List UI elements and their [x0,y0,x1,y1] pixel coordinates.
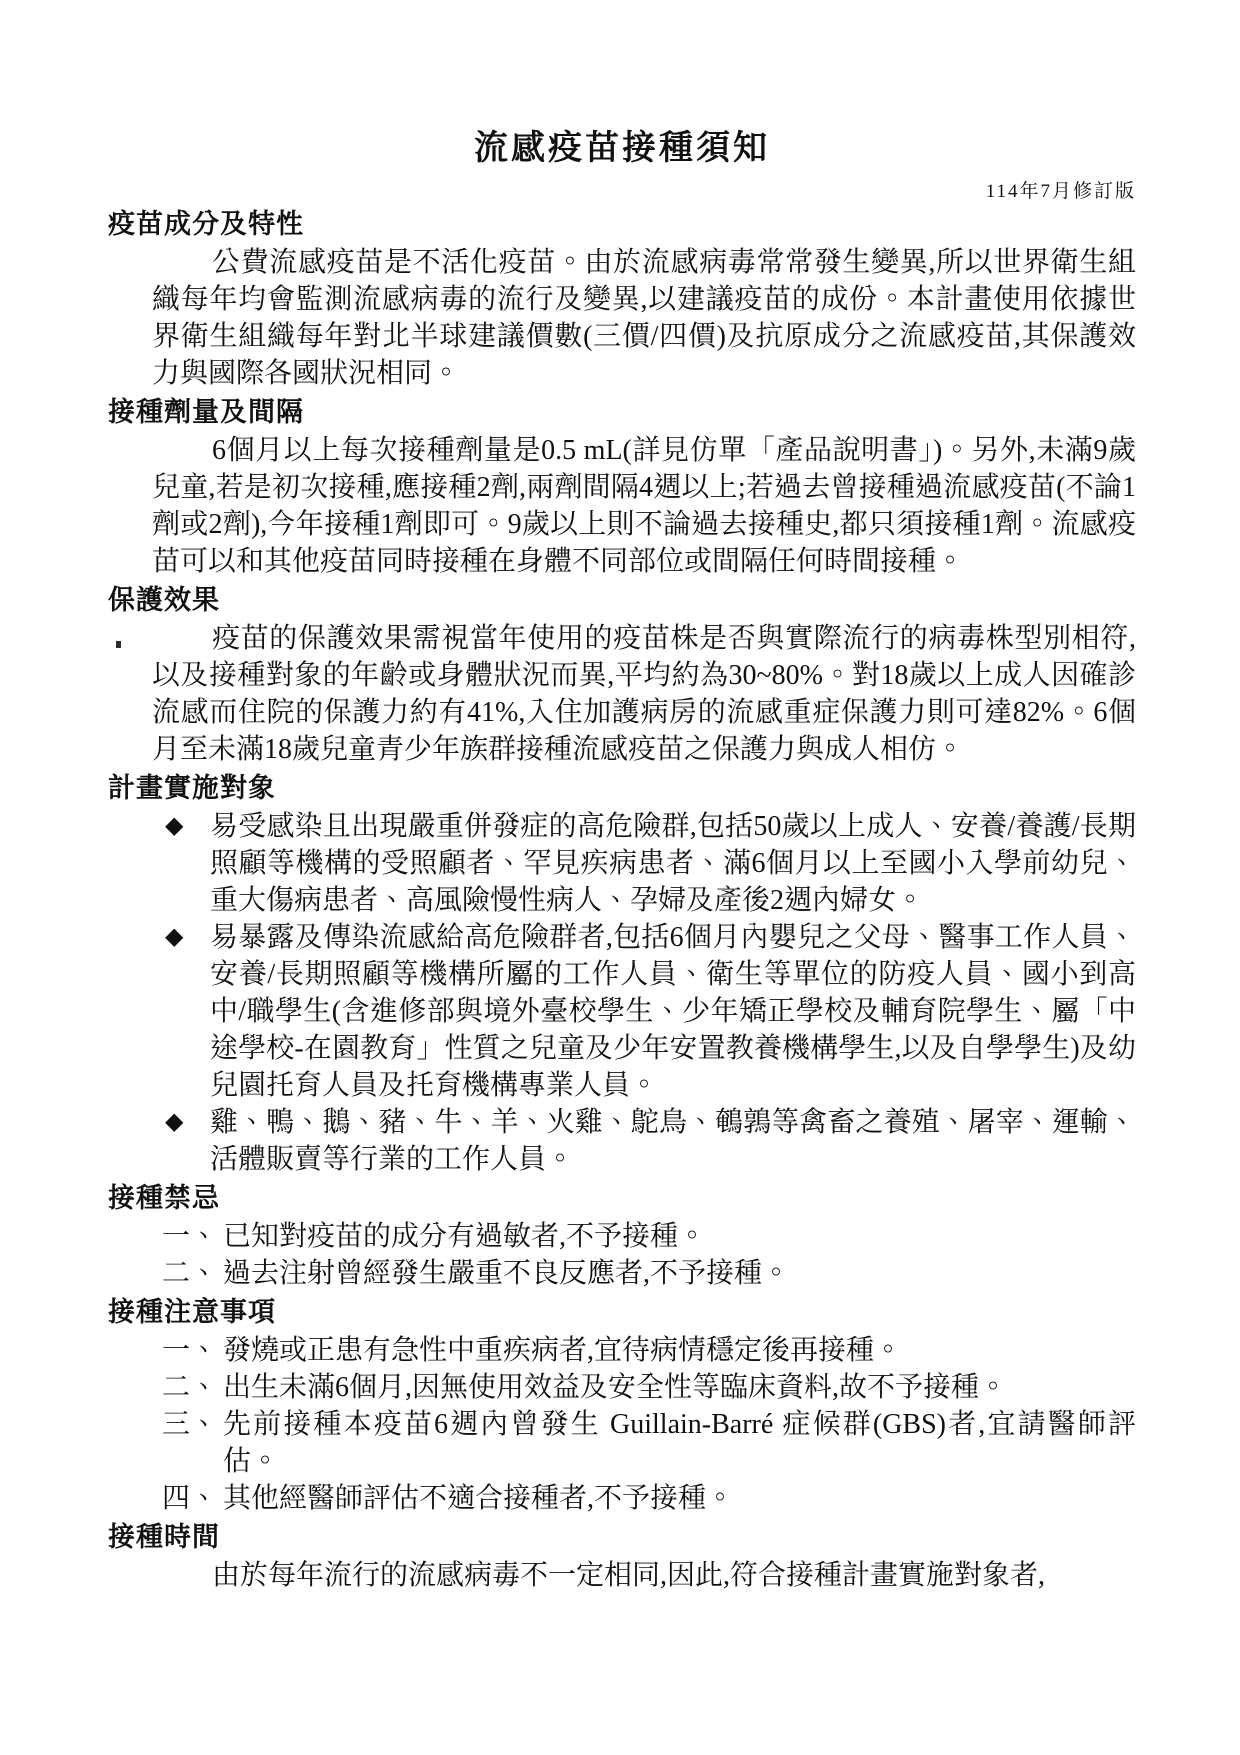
list-item: 二、 過去注射曾經發生嚴重不良反應者,不予接種。 [162,1255,1136,1292]
section-vaccination-time: 接種時間 由於每年流行的流感病毒不一定相同,因此,符合接種計畫實施對象者, [108,1517,1136,1594]
paragraph: 疫苗的保護效果需視當年使用的疫苗株是否與實際流行的病毒株型別相符,以及接種對象的… [152,620,1136,768]
list-item-text: 易受感染且出現嚴重併發症的高危險群,包括50歲以上成人、安養/養護/長期照顧等機… [210,808,1136,919]
section-precautions: 接種注意事項 一、 發燒或正患有急性中重疾病者,宜待病情穩定後再接種。 二、 出… [108,1292,1136,1517]
list-item-text: 過去注射曾經發生嚴重不良反應者,不予接種。 [223,1255,1136,1292]
section-heading: 保護效果 [108,580,1136,620]
list-item-text: 出生未滿6個月,因無使用效益及安全性等臨床資料,故不予接種。 [223,1369,1136,1406]
scan-speck [116,641,121,648]
list-item-text: 雞、鴨、鵝、豬、牛、羊、火雞、鴕鳥、鵪鶉等禽畜之養殖、屠宰、運輸、活體販賣等行業… [210,1104,1136,1178]
list-item-text: 發燒或正患有急性中重疾病者,宜待病情穩定後再接種。 [223,1332,1136,1369]
list-item: ◆ 易受感染且出現嚴重併發症的高危險群,包括50歲以上成人、安養/養護/長期照顧… [165,808,1136,919]
list-item-number: 二、 [162,1255,223,1292]
list-item-text: 易暴露及傳染流感給高危險群者,包括6個月內嬰兒之父母、醫事工作人員、安養/長期照… [210,919,1136,1104]
list-item-text: 其他經醫師評估不適合接種者,不予接種。 [223,1480,1136,1517]
section-heading: 接種注意事項 [108,1292,1136,1332]
section-heading: 疫苗成分及特性 [108,204,1136,244]
list-item-number: 三、 [162,1406,223,1480]
list-item: 一、 發燒或正患有急性中重疾病者,宜待病情穩定後再接種。 [162,1332,1136,1369]
section-heading: 接種時間 [108,1517,1136,1557]
list-item: 四、 其他經醫師評估不適合接種者,不予接種。 [162,1480,1136,1517]
paragraph: 公費流感疫苗是不活化疫苗。由於流感病毒常常發生變異,所以世界衛生組織每年均會監測… [152,244,1136,392]
list-item-text: 先前接種本疫苗6週內曾發生 Guillain-Barré 症候群(GBS)者,宜… [223,1406,1136,1480]
list-item-number: 四、 [162,1480,223,1517]
section-dosage-interval: 接種劑量及間隔 6個月以上每次接種劑量是0.5 mL(詳見仿單「產品說明書」)。… [108,392,1136,580]
revision-date: 114年7月修訂版 [108,180,1136,204]
diamond-bullet-icon: ◆ [165,1104,210,1178]
section-heading: 計畫實施對象 [108,768,1136,808]
section-protection-effect: 保護效果 疫苗的保護效果需視當年使用的疫苗株是否與實際流行的病毒株型別相符,以及… [108,580,1136,768]
list-item-number: 二、 [162,1369,223,1406]
list-item: ◆ 易暴露及傳染流感給高危險群者,包括6個月內嬰兒之父母、醫事工作人員、安養/長… [165,919,1136,1104]
paragraph: 6個月以上每次接種劑量是0.5 mL(詳見仿單「產品說明書」)。另外,未滿9歲兒… [152,432,1136,580]
document-title: 流感疫苗接種須知 [108,128,1136,170]
list-item: 一、 已知對疫苗的成分有過敏者,不予接種。 [162,1218,1136,1255]
list-item-text: 已知對疫苗的成分有過敏者,不予接種。 [223,1218,1136,1255]
section-heading: 接種劑量及間隔 [108,392,1136,432]
list-item: 三、 先前接種本疫苗6週內曾發生 Guillain-Barré 症候群(GBS)… [162,1406,1136,1480]
document-page: 流感疫苗接種須知 114年7月修訂版 疫苗成分及特性 公費流感疫苗是不活化疫苗。… [0,0,1240,1755]
section-vaccine-composition: 疫苗成分及特性 公費流感疫苗是不活化疫苗。由於流感病毒常常發生變異,所以世界衛生… [108,204,1136,392]
list-item: 二、 出生未滿6個月,因無使用效益及安全性等臨床資料,故不予接種。 [162,1369,1136,1406]
list-item-number: 一、 [162,1218,223,1255]
section-heading: 接種禁忌 [108,1178,1136,1218]
diamond-bullet-icon: ◆ [165,919,210,1104]
paragraph: 由於每年流行的流感病毒不一定相同,因此,符合接種計畫實施對象者, [152,1557,1136,1594]
diamond-bullet-icon: ◆ [165,808,210,919]
list-item-number: 一、 [162,1332,223,1369]
section-contraindications: 接種禁忌 一、 已知對疫苗的成分有過敏者,不予接種。 二、 過去注射曾經發生嚴重… [108,1178,1136,1292]
list-item: ◆ 雞、鴨、鵝、豬、牛、羊、火雞、鴕鳥、鵪鶉等禽畜之養殖、屠宰、運輸、活體販賣等… [165,1104,1136,1178]
section-target-groups: 計畫實施對象 ◆ 易受感染且出現嚴重併發症的高危險群,包括50歲以上成人、安養/… [108,768,1136,1178]
